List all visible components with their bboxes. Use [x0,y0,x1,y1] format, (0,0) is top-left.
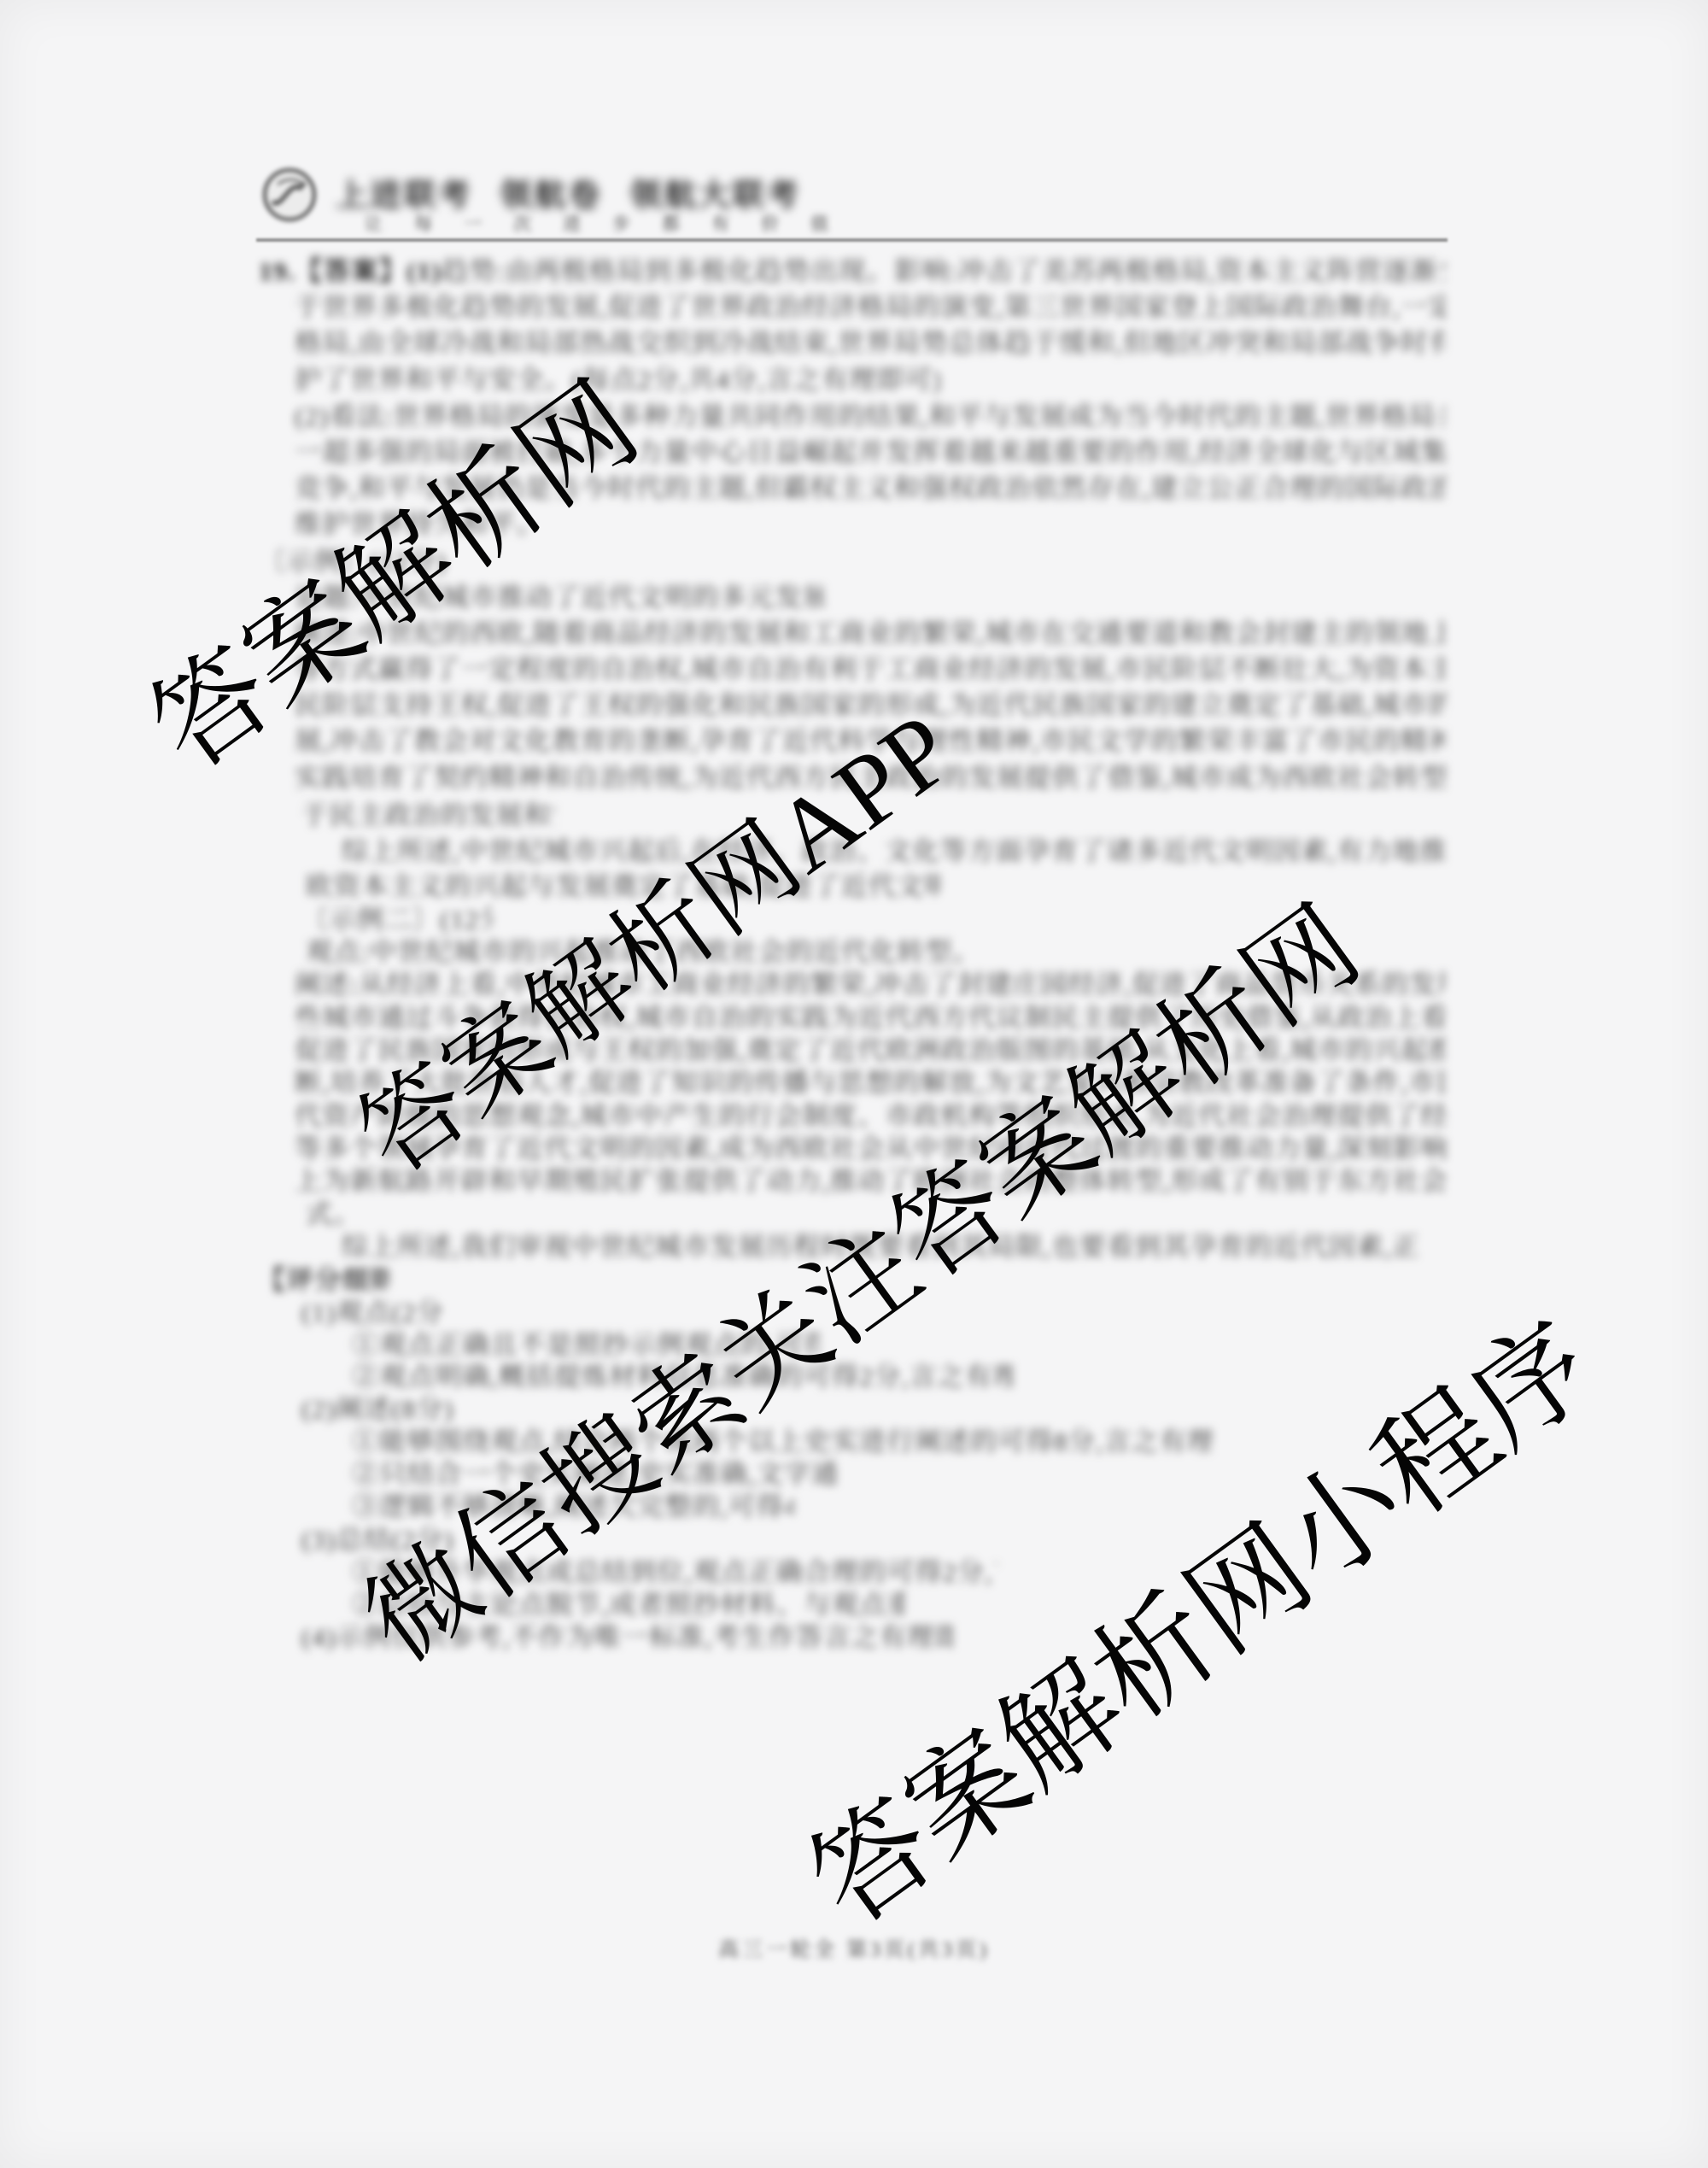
blurred-text-line: 断,培养了大批世俗人才,促进了知识的传播与思想的解放,为文艺复兴和宗教改革准备了… [295,1068,1446,1100]
blurred-text-line: 展,冲击了教会对文化教育的垄断,孕育了近代科学与理性精神,市民文学的繁荣丰富了市… [295,726,1446,759]
blurred-text-line: 代资产阶级的思想观念,城市中产生的行会制度、市政机构等组织形式,为近代社会治理提… [295,1101,1446,1134]
blurred-text-line: (2)看法:世界格局的演变是多种力量共同作用的结果,和平与发展成为当今时代的主题… [295,401,1446,434]
blurred-text-line: 式。 [306,1199,366,1232]
blurred-text-line: 综上所述,我们审视中世纪城市发展历程时既要看到其局限,也要看到其孕育的近代因素,… [342,1232,1418,1264]
blurred-text-line: 〔示例二〕(12分) [301,905,494,937]
blurred-text-line: 于民主政治的发展和完善。 [301,800,555,833]
blurred-text-line: 欧资本主义的兴起与发展奠定了基础,促进了近代文明的进步。 [306,871,939,904]
blurred-text-line: (1)观点(2分) [301,1298,444,1330]
blurred-text-line: 实践培育了契约精神和自治传统,为近代西方民主政治的发展提供了借鉴,城市成为西欧社… [295,763,1446,795]
blurred-text-line: 于世界多极化趋势的发展,促进了世界政治经济格局的演变,第三世界国家登上国际政治舞… [295,292,1446,325]
blurred-text-line: 〔示例〕(12分) [259,547,478,579]
blurred-text-line: 些城市通过斗争获得自治权,城市自治的实践为近代西方代议制民主提供了历史借鉴,从政… [295,1003,1446,1035]
blurred-text-line: 等多个领域孕育了近代文明的因素,成为西欧社会从中世纪向近代过渡的重要推动力量,深… [295,1134,1446,1166]
blurred-text-line: 阐述:从经济上看,中世纪城市工商业经济的繁荣,冲击了封建庄园经济,促进了商品货币… [295,970,1446,1002]
blurred-text-line: ③逻辑不够清晰,阐述欠完整的,可得4~6分。 [352,1491,793,1524]
blurred-text-line: 19.【答案】(1)趋势:由两极格局到多极化趋势出现。影响:冲击了美苏两极格局,… [259,256,1446,289]
answer-text-block: 19.【答案】(1)趋势:由两极格局到多极化趋势出现。影响:冲击了美苏两极格局,… [0,0,1708,2168]
page-number-footer: 高三一轮全 第3页(共3页) [718,1932,990,1962]
blurred-text-line: ②只结合一个史实阐述,史实准确,文字通顺,得2分。 [352,1459,836,1491]
blurred-text-line: 阐述:中世纪的西欧,随着商品经济的发展和工商业的繁荣,城市在交通要道和教会封建主… [295,618,1446,651]
blurred-text-line: ②总结与主论点脱节,或者照抄材料、与观点重复的,不得分。 [352,1590,905,1622]
blurred-text-line: (2)阐述(8分) [301,1394,480,1427]
blurred-text-line: 竞争,和平与发展仍是当今时代的主题,但霸权主义和强权政治依然存在,建立公正合理的… [295,473,1446,506]
blurred-text-line: 论题:中世纪城市推动了近代文明的多元发展。 [295,583,824,615]
blurred-text-line: 观点:中世纪城市的兴起推动了西欧社会的近代化转型。 [306,937,1174,970]
blurred-text-line: 民阶层支持王权,促进了王权的强化和民族国家的形成,为近代民族国家的建立奠定了基础… [295,690,1446,723]
blurred-text-line: 上为新航路开辟和早期殖民扩张提供了动力,推动了欧洲社会的整体转型,形成了有别于东… [295,1166,1446,1198]
blurred-text-line: ②观点明确,概括提炼材料信息准确的可得2分,言之有理即可。 [352,1362,1014,1394]
blurred-text-line: 护了世界和平与安全。(每点2分,共4分,言之有理即可)(4分) [295,365,939,397]
blurred-text-line: 等方式赢得了一定程度的自治权,城市自治有利于工商业经济的发展,市民阶层不断壮大,… [295,654,1446,687]
blurred-text-line: 一超多强的局面被打破,多个力量中心日益崛起并发挥着越来越重要的作用,经济全球化与… [295,437,1446,470]
blurred-text-line: 格局,由全球冷战和局部热战交织到冷战结束,世界局势总体趋于缓和,但地区冲突和局部… [295,328,1446,360]
blurred-text-line: (4)示例仅供参考,不作为唯一标准,考生作答言之有理即可得分。 [301,1622,952,1655]
blurred-text-line: 促进了民族国家的形成与王权的加强,奠定了近代欧洲政治版图的基础,从文化上看,城市… [295,1035,1446,1068]
blurred-text-line: 维护世界持久和平。 [295,509,559,542]
scanned-document-page: 上进联考 领航卷 领航大联考 让每一次进步都有价值 19.【答案】(1)趋势:由… [0,0,1708,2168]
blurred-text-line: ①能够升华观点或总结到位,观点正确合理的可得2分,言之有理即可。 [352,1557,998,1590]
blurred-text-line: ①观点正确且不是照抄示例观点的,可得2分。 [352,1330,820,1362]
blurred-text-line: ①能够围绕观点,结合两个或两个以上史实进行阐述的可得8分,言之有理即可。 [352,1427,1211,1459]
blurred-text-line: 【评分细则】 [259,1265,389,1298]
blurred-text-line: (3)总结(2分) [301,1525,468,1557]
blurred-text-line: 综上所述,中世纪城市兴起后,在经济、政治、文化等方面孕育了诸多近代文明因素,有力… [342,836,1446,869]
